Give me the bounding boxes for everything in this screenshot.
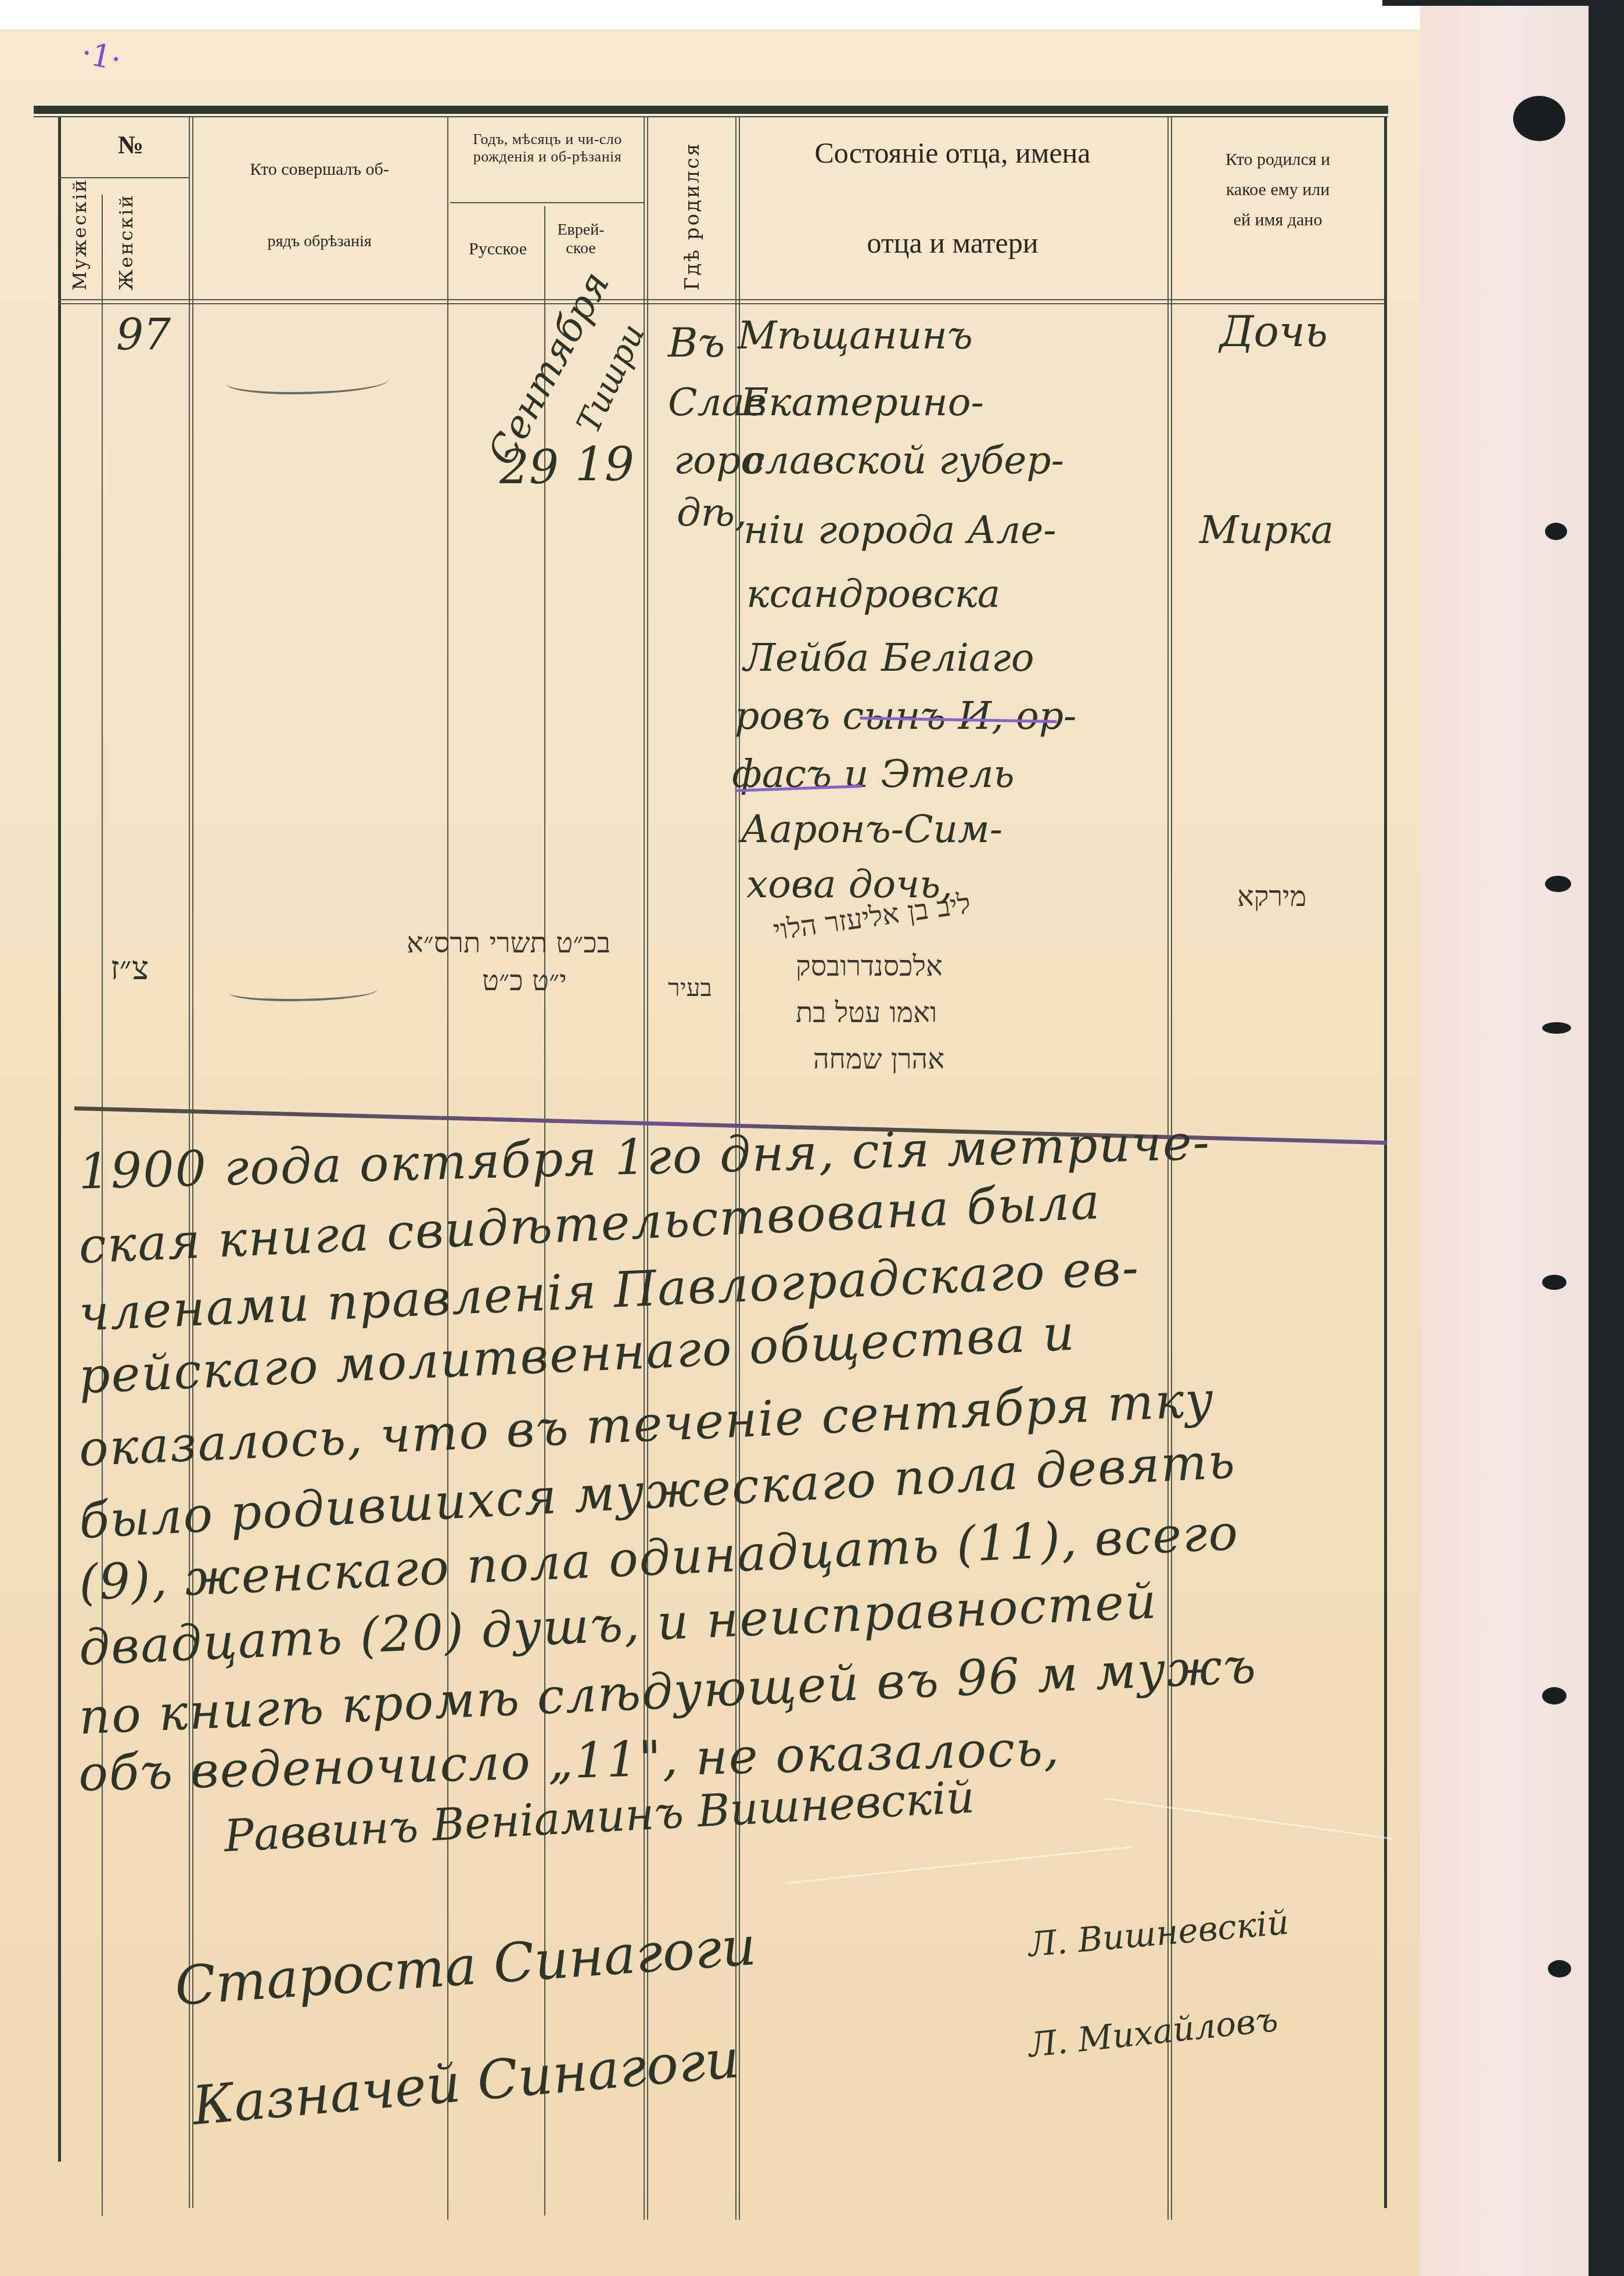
entry-parents-line1: Мѣщанинъ [738,317,973,355]
entry-parents-line3: славской губер- [743,441,1064,480]
header-birthplace: Гдѣ родился [681,142,704,290]
header-male: Мужескій [69,178,91,290]
entry-hebrew-number: צ״ז [110,952,149,985]
top-rule-thin [34,116,1388,117]
entry-female-number: 97 [116,314,171,357]
entry-hebrew-child: מירקא [1237,883,1306,911]
punch-hole [1545,523,1567,540]
scanner-frame-right [1589,0,1624,2276]
entry-child-line2: Мирка [1199,511,1334,549]
table-border-right [1384,117,1387,2208]
punch-hole [1548,1960,1571,1977]
table-border-left [58,117,61,2162]
header-parents-line1: Состояніе отца, имена [741,136,1165,170]
entry-date-jewish-day: 19 [575,441,634,488]
entry-hebrew-parents-line2: אלכסנדרובסק [796,952,943,980]
entry-parents-line9: Ааронъ-Сим- [741,810,1003,848]
entry-parents-line2: Екатерино- [741,383,984,422]
punch-hole [1542,1022,1571,1034]
backing-sheet [1420,6,1589,2276]
entry-hebrew-birthplace: בעיר [668,976,712,1000]
header-circumciser-line1: Кто совершалъ об- [197,160,441,180]
punch-hole [1542,1687,1566,1705]
header-number-symbol: № [107,131,154,160]
header-child-line3: ей имя дано [1173,210,1382,231]
punch-hole [1542,1275,1566,1290]
entry-hebrew-date-line2: י״ט כ״ט [482,967,567,995]
entry-parents-line7: ровъ сынъ И, ор- [735,697,1076,735]
header-date-russian: Русское [452,239,544,260]
entry-date-russian-day: 29 [500,444,559,491]
punch-hole [1545,876,1571,892]
header-split-date [450,202,645,203]
scanner-frame-top [1382,0,1624,6]
header-bottom-rule [58,299,1384,300]
header-child-line1: Кто родился и [1173,150,1382,170]
entry-parents-line6: Лейба Беліаго [743,639,1034,677]
header-child-line2: какое ему или [1173,180,1382,200]
header-date-jewish: Еврей-ское [552,221,610,258]
header-bottom-rule-b [58,303,1384,304]
header-female: Женскій [115,193,137,290]
header-circumciser-line2: рядъ обрѣзанія [197,232,441,251]
entry-hebrew-date-line1: בכ״ט תשרי תרס״א [407,929,610,957]
header-date-title: Годъ, мѣсяцъ и чи-сло рожденія и об-рѣза… [453,131,642,166]
punch-hole [1513,96,1565,141]
entry-hebrew-parents-line4: אהרן שמחה [813,1045,944,1073]
entry-hebrew-parents-line3: ואמו עטל בת [796,999,937,1027]
entry-parents-line5: ксандровска [746,575,1000,613]
entry-birthplace-line1: Въ [668,322,725,363]
entry-child-line1: Дочь [1220,311,1328,353]
header-parents-line2: отца и матери [741,226,1165,260]
top-rule-thick [34,106,1388,114]
entry-parents-line4: ніи города Але- [743,511,1057,549]
col-divider-sex [102,195,103,2216]
entry-birthplace-line4: дѣ, [677,494,747,532]
